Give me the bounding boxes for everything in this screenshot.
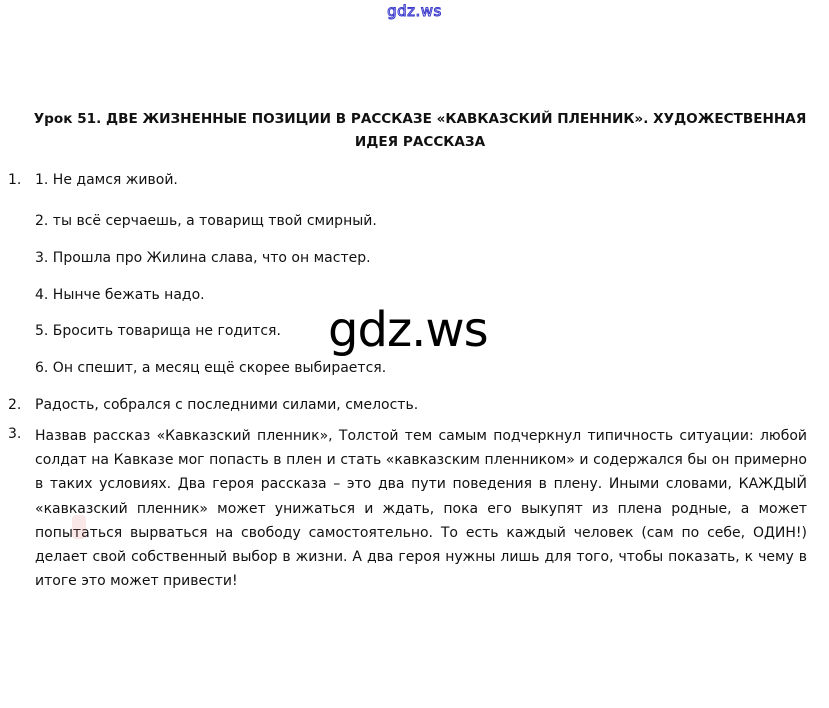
page-title: Урок 51. ДВЕ ЖИЗНЕННЫЕ ПОЗИЦИИ В РАССКАЗ… bbox=[20, 108, 820, 154]
title-line-2: ИДЕЯ РАССКАЗА bbox=[20, 131, 820, 154]
answer-1-subitem: 4. Нынче бежать надо. bbox=[35, 285, 205, 305]
answer-number: 3. bbox=[8, 424, 21, 444]
scan-smudge bbox=[72, 515, 86, 539]
answer-3-text: Назвав рассказ «Кавказский пленник», Тол… bbox=[35, 424, 807, 593]
site-watermark-center: gdz.ws bbox=[328, 300, 488, 360]
answer-1-subitem: 1. Не дамся живой. bbox=[35, 170, 178, 190]
site-watermark-top: gdz.ws bbox=[0, 2, 829, 20]
answer-1-subitem: 3. Прошла про Жилина слава, что он масте… bbox=[35, 248, 371, 268]
title-line-1: Урок 51. ДВЕ ЖИЗНЕННЫЕ ПОЗИЦИИ В РАССКАЗ… bbox=[20, 108, 820, 131]
answer-1-subitem: 2. ты всё серчаешь, а товарищ твой смирн… bbox=[35, 211, 377, 231]
answer-2-text: Радость, собрался с последними силами, с… bbox=[35, 395, 418, 415]
answer-number: 2. bbox=[8, 395, 21, 415]
answer-1-subitem: 6. Он спешит, а месяц ещё скорее выбирае… bbox=[35, 358, 386, 378]
answer-number: 1. bbox=[8, 170, 21, 190]
answer-1-subitem: 5. Бросить товарища не годится. bbox=[35, 321, 281, 341]
